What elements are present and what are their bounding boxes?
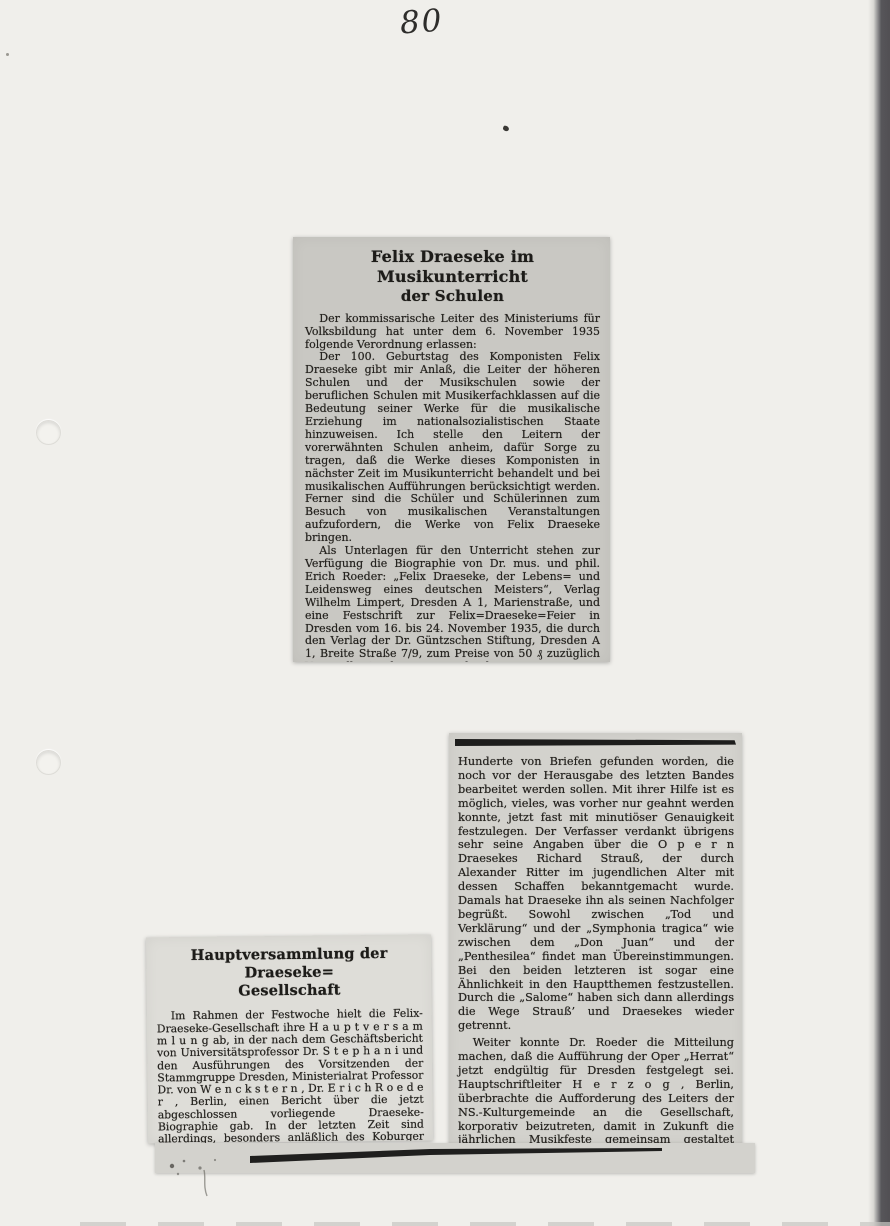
clipping-title: Felix Draeseke im Musikunterricht der Sc… bbox=[305, 247, 600, 306]
clipping-body: Der kommissarische Leiter des Ministeriu… bbox=[305, 313, 600, 662]
column-top-rule bbox=[455, 739, 736, 746]
ink-dot bbox=[502, 125, 509, 132]
page-number-handwritten: 80 bbox=[399, 3, 445, 42]
page-bottom-edge bbox=[80, 1222, 890, 1226]
clipping-title: Hauptversammlung der Draeseke= Gesellsch… bbox=[156, 945, 423, 1002]
clipping-body: Im Rahmen der Festwoche hielt die Felix-… bbox=[157, 1008, 425, 1144]
clipping-paragraph: Der kommissarische Leiter des Ministeriu… bbox=[305, 313, 600, 352]
clipping-paragraph: Als Unterlagen für den Unterricht stehen… bbox=[305, 545, 600, 662]
clipping-title-line1: Hauptversammlung der Draeseke= bbox=[156, 945, 422, 984]
punch-hole-bottom bbox=[36, 750, 61, 775]
ink-smudge bbox=[160, 1152, 250, 1200]
paper-speck bbox=[6, 53, 9, 56]
clipping-body: Hunderte von Briefen gefunden worden, di… bbox=[458, 755, 734, 1145]
clipping-briefe-fortsetzung: Hunderte von Briefen gefunden worden, di… bbox=[449, 733, 742, 1145]
clipping-musikunterricht: Felix Draeseke im Musikunterricht der Sc… bbox=[293, 237, 610, 662]
clipping-title-line1: Felix Draeseke im Musikunterricht bbox=[305, 247, 600, 287]
clipping-title-line2: der Schulen bbox=[305, 287, 600, 306]
scan-edge-shadow bbox=[868, 0, 890, 1226]
punch-hole-top bbox=[36, 420, 61, 445]
closing-rule bbox=[250, 1147, 662, 1165]
clipping-paragraph: Hunderte von Briefen gefunden worden, di… bbox=[458, 755, 734, 1033]
clipping-paragraph: Weiter konnte Dr. Roeder die Mitteilung … bbox=[458, 1036, 734, 1145]
clipping-title-line2: Gesellschaft bbox=[156, 981, 422, 1002]
clipping-hauptversammlung: Hauptversammlung der Draeseke= Gesellsch… bbox=[146, 935, 433, 1144]
clipping-paragraph: Im Rahmen der Festwoche hielt die Felix-… bbox=[157, 1008, 425, 1144]
scrapbook-page: 80 Felix Draeseke im Musikunterricht der… bbox=[0, 0, 890, 1226]
clipping-paragraph: Der 100. Geburtstag des Komponisten Feli… bbox=[305, 351, 600, 545]
